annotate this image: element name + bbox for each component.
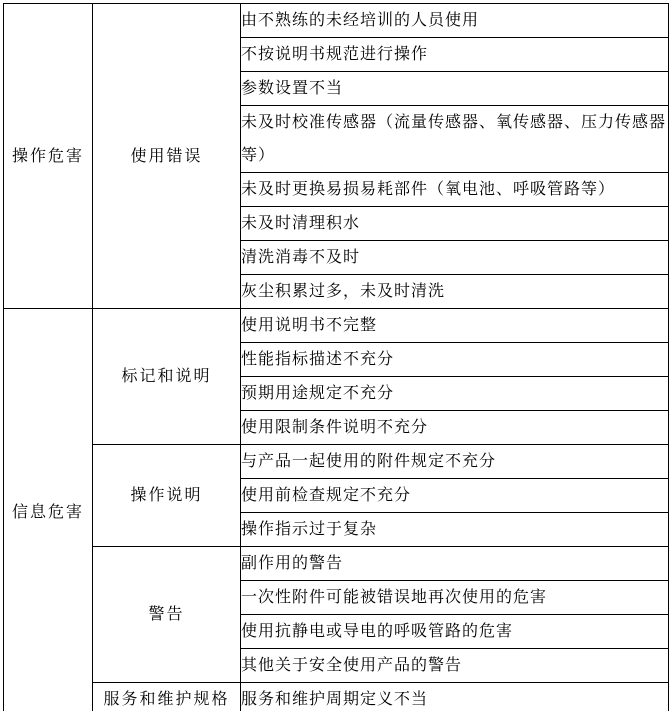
subcategory-cell-warnings: 警告 [93, 547, 241, 683]
table-row: 警告 副作用的警告 [4, 547, 669, 581]
hazard-item-cell: 清洗消毒不及时 [241, 241, 669, 275]
category-cell-operation-hazard: 操作危害 [4, 4, 93, 309]
hazard-item-cell: 服务和维护周期定义不当 [241, 683, 669, 711]
subcategory-cell-use-error: 使用错误 [93, 4, 241, 309]
hazard-item-cell: 不按说明书规范进行操作 [241, 38, 669, 72]
hazard-item-cell: 其他关于安全使用产品的警告 [241, 649, 669, 683]
table-row: 信息危害 标记和说明 使用说明书不完整 [4, 309, 669, 343]
subcategory-cell-marking-and-instructions: 标记和说明 [93, 309, 241, 445]
hazard-item-cell: 副作用的警告 [241, 547, 669, 581]
hazard-item-cell: 一次性附件可能被错误地再次使用的危害 [241, 581, 669, 615]
hazard-item-cell: 未及时清理积水 [241, 207, 669, 241]
table-row: 操作说明 与产品一起使用的附件规定不充分 [4, 445, 669, 479]
hazard-item-cell: 未及时更换易损易耗部件（氧电池、呼吸管路等） [241, 173, 669, 207]
table-row: 操作危害 使用错误 由不熟练的未经培训的人员使用 [4, 4, 669, 38]
hazard-table: 操作危害 使用错误 由不熟练的未经培训的人员使用 不按说明书规范进行操作 参数设… [3, 3, 669, 711]
hazard-item-cell: 操作指示过于复杂 [241, 513, 669, 547]
hazard-item-cell: 预期用途规定不充分 [241, 377, 669, 411]
hazard-item-cell: 灰尘积累过多，未及时清洗 [241, 275, 669, 309]
hazard-item-cell: 使用前检查规定不充分 [241, 479, 669, 513]
hazard-item-cell: 使用限制条件说明不充分 [241, 411, 669, 445]
subcategory-cell-service-and-maintenance: 服务和维护规格 [93, 683, 241, 711]
hazard-item-cell: 性能指标描述不充分 [241, 343, 669, 377]
category-cell-information-hazard: 信息危害 [4, 309, 93, 711]
subcategory-cell-operating-instructions: 操作说明 [93, 445, 241, 547]
hazard-item-cell: 由不熟练的未经培训的人员使用 [241, 4, 669, 38]
hazard-item-cell: 参数设置不当 [241, 72, 669, 106]
hazard-item-cell: 使用抗静电或导电的呼吸管路的危害 [241, 615, 669, 649]
table-row: 服务和维护规格 服务和维护周期定义不当 [4, 683, 669, 711]
hazard-item-cell: 使用说明书不完整 [241, 309, 669, 343]
hazard-item-cell: 与产品一起使用的附件规定不充分 [241, 445, 669, 479]
hazard-item-cell: 未及时校准传感器（流量传感器、氧传感器、压力传感器等） [241, 106, 669, 173]
